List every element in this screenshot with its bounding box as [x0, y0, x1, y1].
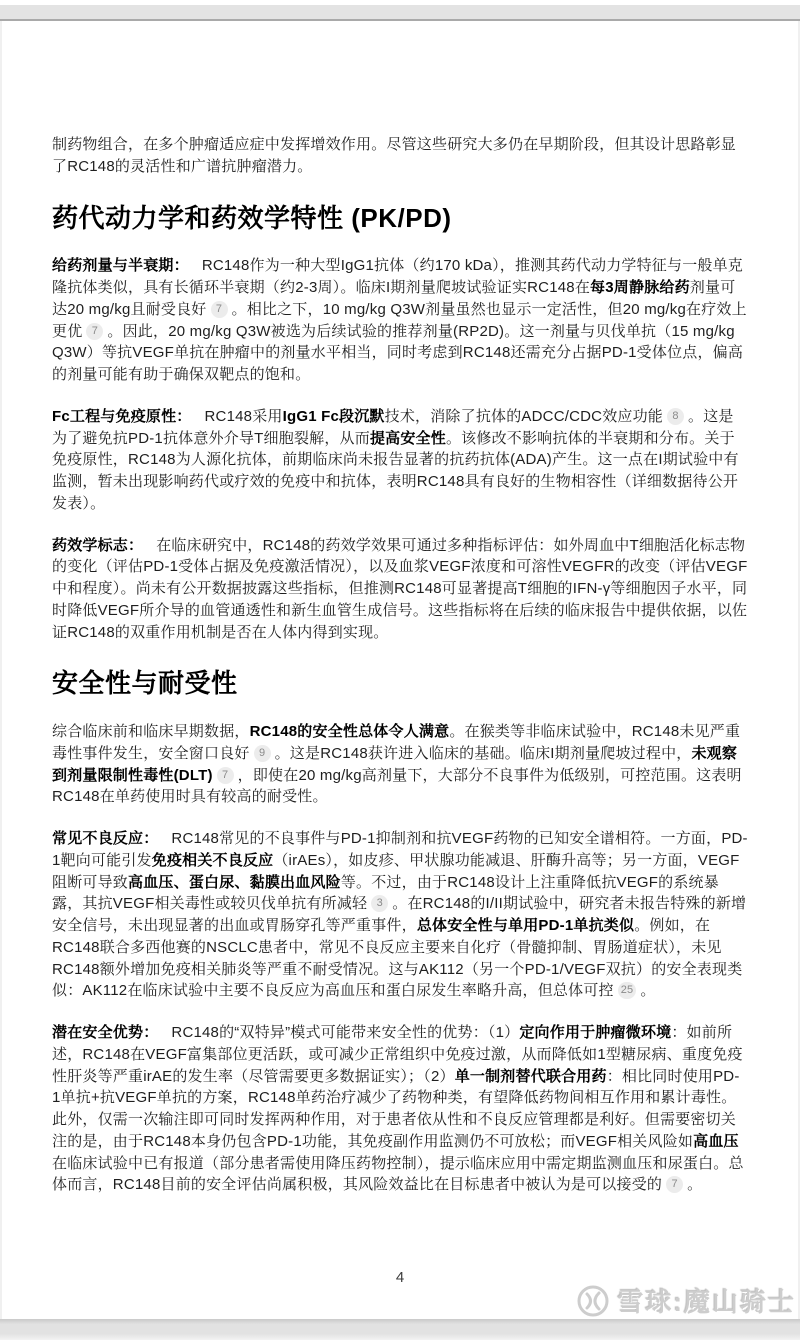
text-run: RC148的“双特异”模式可能带来安全性的优势：（1） — [171, 1024, 519, 1041]
text-run: 在临床试验中已有报道（部分患者需使用降压药物控制），提示临床应用中需定期监测血压… — [52, 1155, 744, 1194]
bold-text: 定向作用于肿瘤微环境 — [519, 1024, 671, 1041]
paragraph-lead-label: 潜在安全优势： — [52, 1024, 158, 1041]
watermark-text: 雪球:魔山骑士 — [617, 1282, 796, 1319]
page-separator-bottom — [0, 1319, 800, 1340]
bold-text: 总体安全性与单用PD-1单抗类似 — [417, 917, 634, 934]
intro-continuation-paragraph: 制药物组合，在多个肿瘤适应症中发挥增效作用。尽管这些研究大多仍在早期阶段，但其设… — [52, 134, 748, 178]
watermark: 雪球:魔山骑士 — [576, 1282, 796, 1319]
bold-text: 高血压 — [693, 1133, 739, 1150]
paragraph-dosage-halflife: 给药剂量与半衰期：RC148作为一种大型IgG1抗体（约170 kDa），推测其… — [52, 255, 748, 386]
bold-text: 免疫相关不良反应 — [152, 852, 274, 869]
citation-badge[interactable]: 7 — [211, 301, 228, 318]
bold-text: 单一制剂替代联合用药 — [455, 1068, 607, 1085]
bold-text: 高血压、蛋白尿、黏膜出血风险 — [128, 874, 341, 891]
citation-badge[interactable]: 9 — [254, 745, 271, 762]
paragraph-potential-safety-advantages: 潜在安全优势：RC148的“双特异”模式可能带来安全性的优势：（1）定向作用于肿… — [52, 1022, 748, 1196]
paragraph-common-adverse-events: 常见不良反应：RC148常见的不良事件与PD-1抑制剂和抗VEGF药物的已知安全… — [52, 828, 748, 1002]
paragraph-lead-label: 给药剂量与半衰期： — [52, 257, 189, 274]
text-run: RC148采用 — [205, 408, 283, 425]
citation-badge[interactable]: 8 — [667, 408, 684, 425]
citation-badge[interactable]: 7 — [217, 767, 234, 784]
section-heading-pkpd: 药代动力学和药效学特性 (PK/PD) — [52, 202, 748, 236]
paragraph-lead-label: 药效学标志： — [52, 537, 143, 554]
page-content: 制药物组合，在多个肿瘤适应症中发挥增效作用。尽管这些研究大多仍在早期阶段，但其设… — [2, 21, 798, 1196]
paragraph-fc-engineering: Fc工程与免疫原性：RC148采用IgG1 Fc段沉默技术，消除了抗体的ADCC… — [52, 406, 748, 515]
section-heading-safety: 安全性与耐受性 — [52, 667, 748, 701]
paragraph-safety-overview: 综合临床前和临床早期数据，RC148的安全性总体令人满意。在猴类等非临床试验中，… — [52, 721, 748, 808]
text-run: 制药物组合，在多个肿瘤适应症中发挥增效作用。尽管这些研究大多仍在早期阶段，但其设… — [52, 136, 736, 175]
citation-badge[interactable]: 7 — [666, 1176, 683, 1193]
text-run: 在临床研究中，RC148的药效学效果可通过多种指标评估：如外周血中T细胞活化标志… — [52, 537, 747, 641]
text-run: 。 — [687, 1176, 702, 1193]
bold-text: IgG1 Fc段沉默 — [283, 408, 385, 425]
paragraph-lead-label: 常见不良反应： — [52, 830, 158, 847]
citation-badge[interactable]: 25 — [618, 982, 637, 999]
paragraph-lead-label: Fc工程与免疫原性： — [52, 408, 192, 425]
paragraph-pd-markers: 药效学标志：在临床研究中，RC148的药效学效果可通过多种指标评估：如外周血中T… — [52, 535, 748, 644]
document-page: 制药物组合，在多个肿瘤适应症中发挥增效作用。尽管这些研究大多仍在早期阶段，但其设… — [0, 21, 800, 1319]
citation-badge[interactable]: 7 — [86, 323, 103, 340]
text-run: 技术，消除了抗体的ADCC/CDC效应功能 — [385, 408, 663, 425]
citation-badge[interactable]: 3 — [371, 895, 388, 912]
text-run: 。 — [640, 982, 655, 999]
bold-text: RC148的安全性总体令人满意 — [250, 723, 450, 740]
xueqiu-logo-icon — [576, 1284, 610, 1318]
text-run: 。因此，20 mg/kg Q3W被选为后续试验的推荐剂量(RP2D)。这一剂量与… — [52, 323, 743, 384]
text-run: 。这是RC148获许进入临床的基础。临床I期剂量爬坡过程中， — [275, 745, 692, 762]
text-run: 综合临床前和临床早期数据， — [52, 723, 250, 740]
bold-text: 每3周静脉给药 — [590, 279, 690, 296]
page-separator-top — [0, 5, 800, 21]
bold-text: 提高安全性 — [370, 430, 446, 447]
